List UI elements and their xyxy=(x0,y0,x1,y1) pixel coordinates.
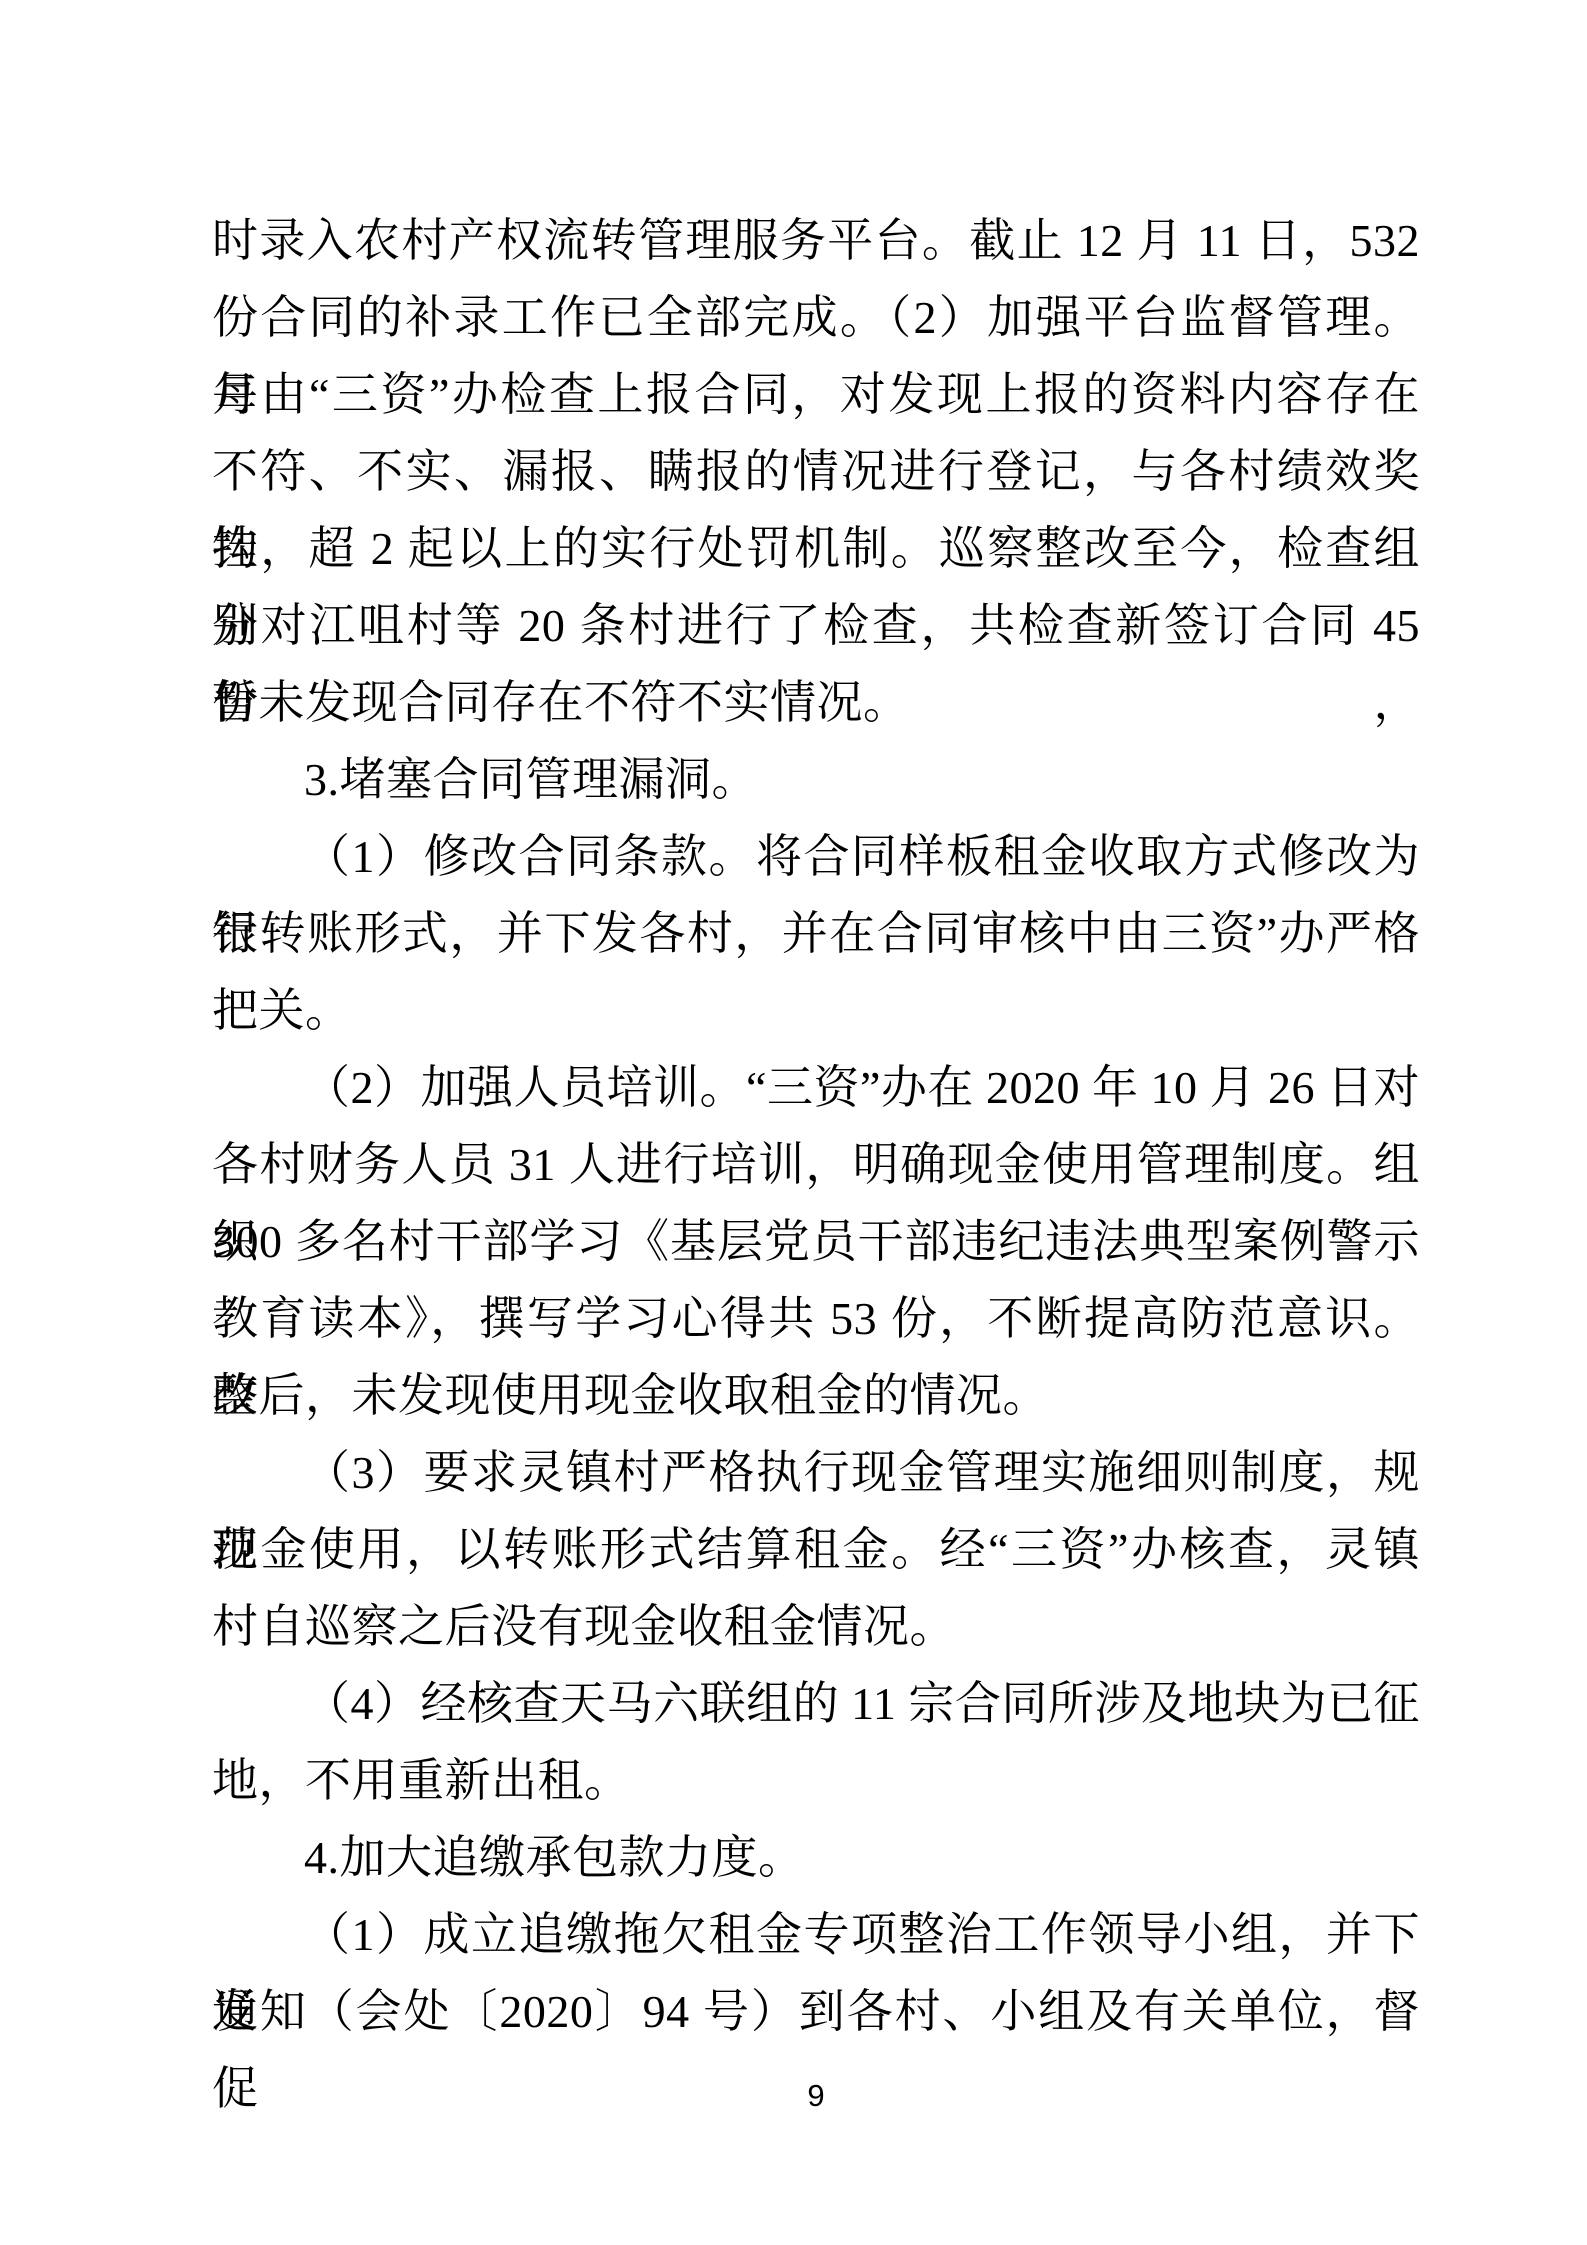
text-line: （2）加强人员培训。“三资”办在 2020 年 10 月 26 日对 xyxy=(212,1049,1420,1126)
document-page: 时录入农村产权流转管理服务平台。截止 12 月 11 日，532 份合同的补录工… xyxy=(0,0,1587,2245)
text-line: （1）成立追缴拖欠租金专项整治工作领导小组，并下发 xyxy=(212,1896,1420,1973)
text-line: 行转账形式，并下发各村，并在合同审核中由三资”办严格 xyxy=(212,895,1420,972)
text-line-section-heading: 3.堵塞合同管理漏洞。 xyxy=(212,741,1420,818)
text-line: （1）修改合同条款。将合同样板租金收取方式修改为银 xyxy=(212,818,1420,895)
text-line: 钩，超 2 起以上的实行处罚机制。巡察整改至今，检查组分 xyxy=(212,510,1420,587)
text-line: （4）经核查天马六联组的 11 宗合同所涉及地块为已征 xyxy=(212,1665,1420,1742)
text-line: （3）要求灵镇村严格执行现金管理实施细则制度，规范 xyxy=(212,1434,1420,1511)
text-line: 月由“三资”办检查上报合同，对发现上报的资料内容存在 xyxy=(212,356,1420,433)
text-line-section-heading: 4.加大追缴承包款力度。 xyxy=(212,1819,1420,1896)
text-line: 改后，未发现使用现金收取租金的情况。 xyxy=(212,1357,1420,1434)
body-text: 时录入农村产权流转管理服务平台。截止 12 月 11 日，532 份合同的补录工… xyxy=(212,202,1420,2050)
text-line: 别对江咀村等 20 条村进行了检查，共检查新签订合同 45 份， xyxy=(212,587,1420,664)
text-line: 份合同的补录工作已全部完成。（2）加强平台监督管理。每 xyxy=(212,279,1420,356)
text-line: 300 多名村干部学习《基层党员干部违纪违法典型案例警示 xyxy=(212,1203,1420,1280)
text-line: 现金使用，以转账形式结算租金。经“三资”办核查，灵镇 xyxy=(212,1511,1420,1588)
page-number: 9 xyxy=(212,2078,1420,2114)
text-line: 把关。 xyxy=(212,972,1420,1049)
text-line: 地，不用重新出租。 xyxy=(212,1742,1420,1819)
text-line: 教育读本》，撰写学习心得共 53 份，不断提高防范意识。整 xyxy=(212,1280,1420,1357)
text-line: 不符、不实、漏报、瞒报的情况进行登记，与各村绩效奖挂 xyxy=(212,433,1420,510)
text-line: 各村财务人员 31 人进行培训，明确现金使用管理制度。组织 xyxy=(212,1126,1420,1203)
text-line: 时录入农村产权流转管理服务平台。截止 12 月 11 日，532 xyxy=(212,202,1420,279)
text-line: 通知（会处〔2020〕94 号）到各村、小组及有关单位，督促 xyxy=(212,1973,1420,2050)
text-line: 村自巡察之后没有现金收租金情况。 xyxy=(212,1588,1420,1665)
